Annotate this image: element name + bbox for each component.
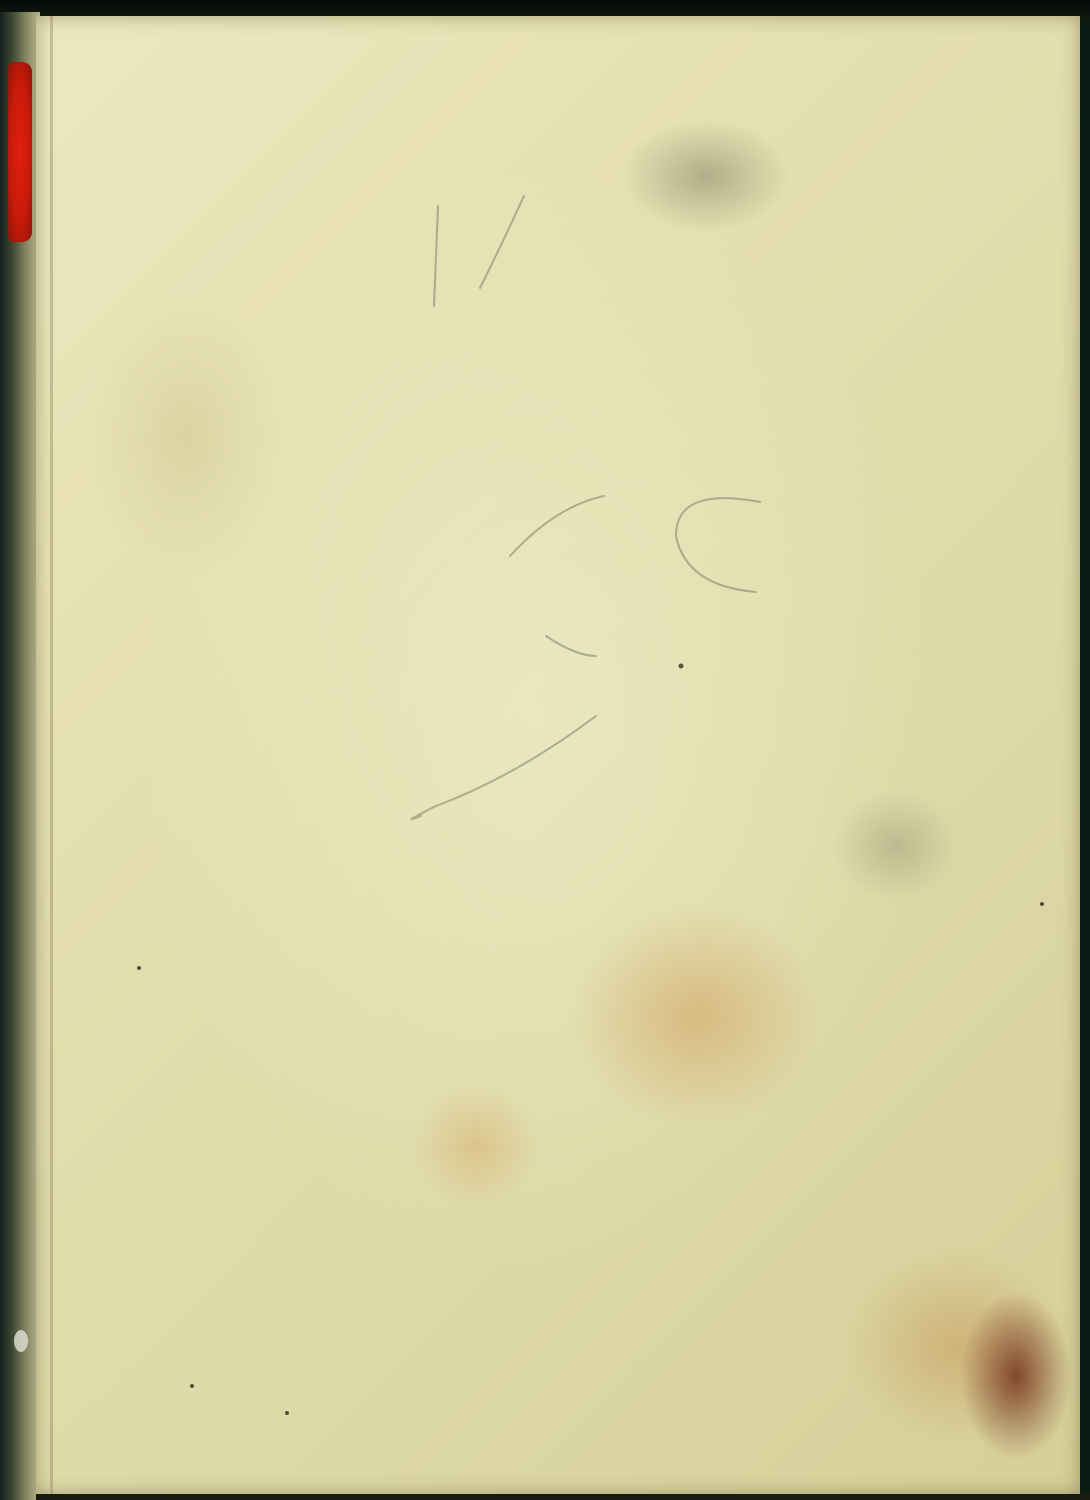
red-spine-label <box>8 62 32 242</box>
book-spine <box>0 12 40 1500</box>
vellum-cover <box>36 16 1080 1494</box>
spine-paper-dot <box>14 1330 28 1352</box>
pencil-scrawls <box>36 16 1080 1494</box>
bottom-edge <box>36 1494 1090 1500</box>
